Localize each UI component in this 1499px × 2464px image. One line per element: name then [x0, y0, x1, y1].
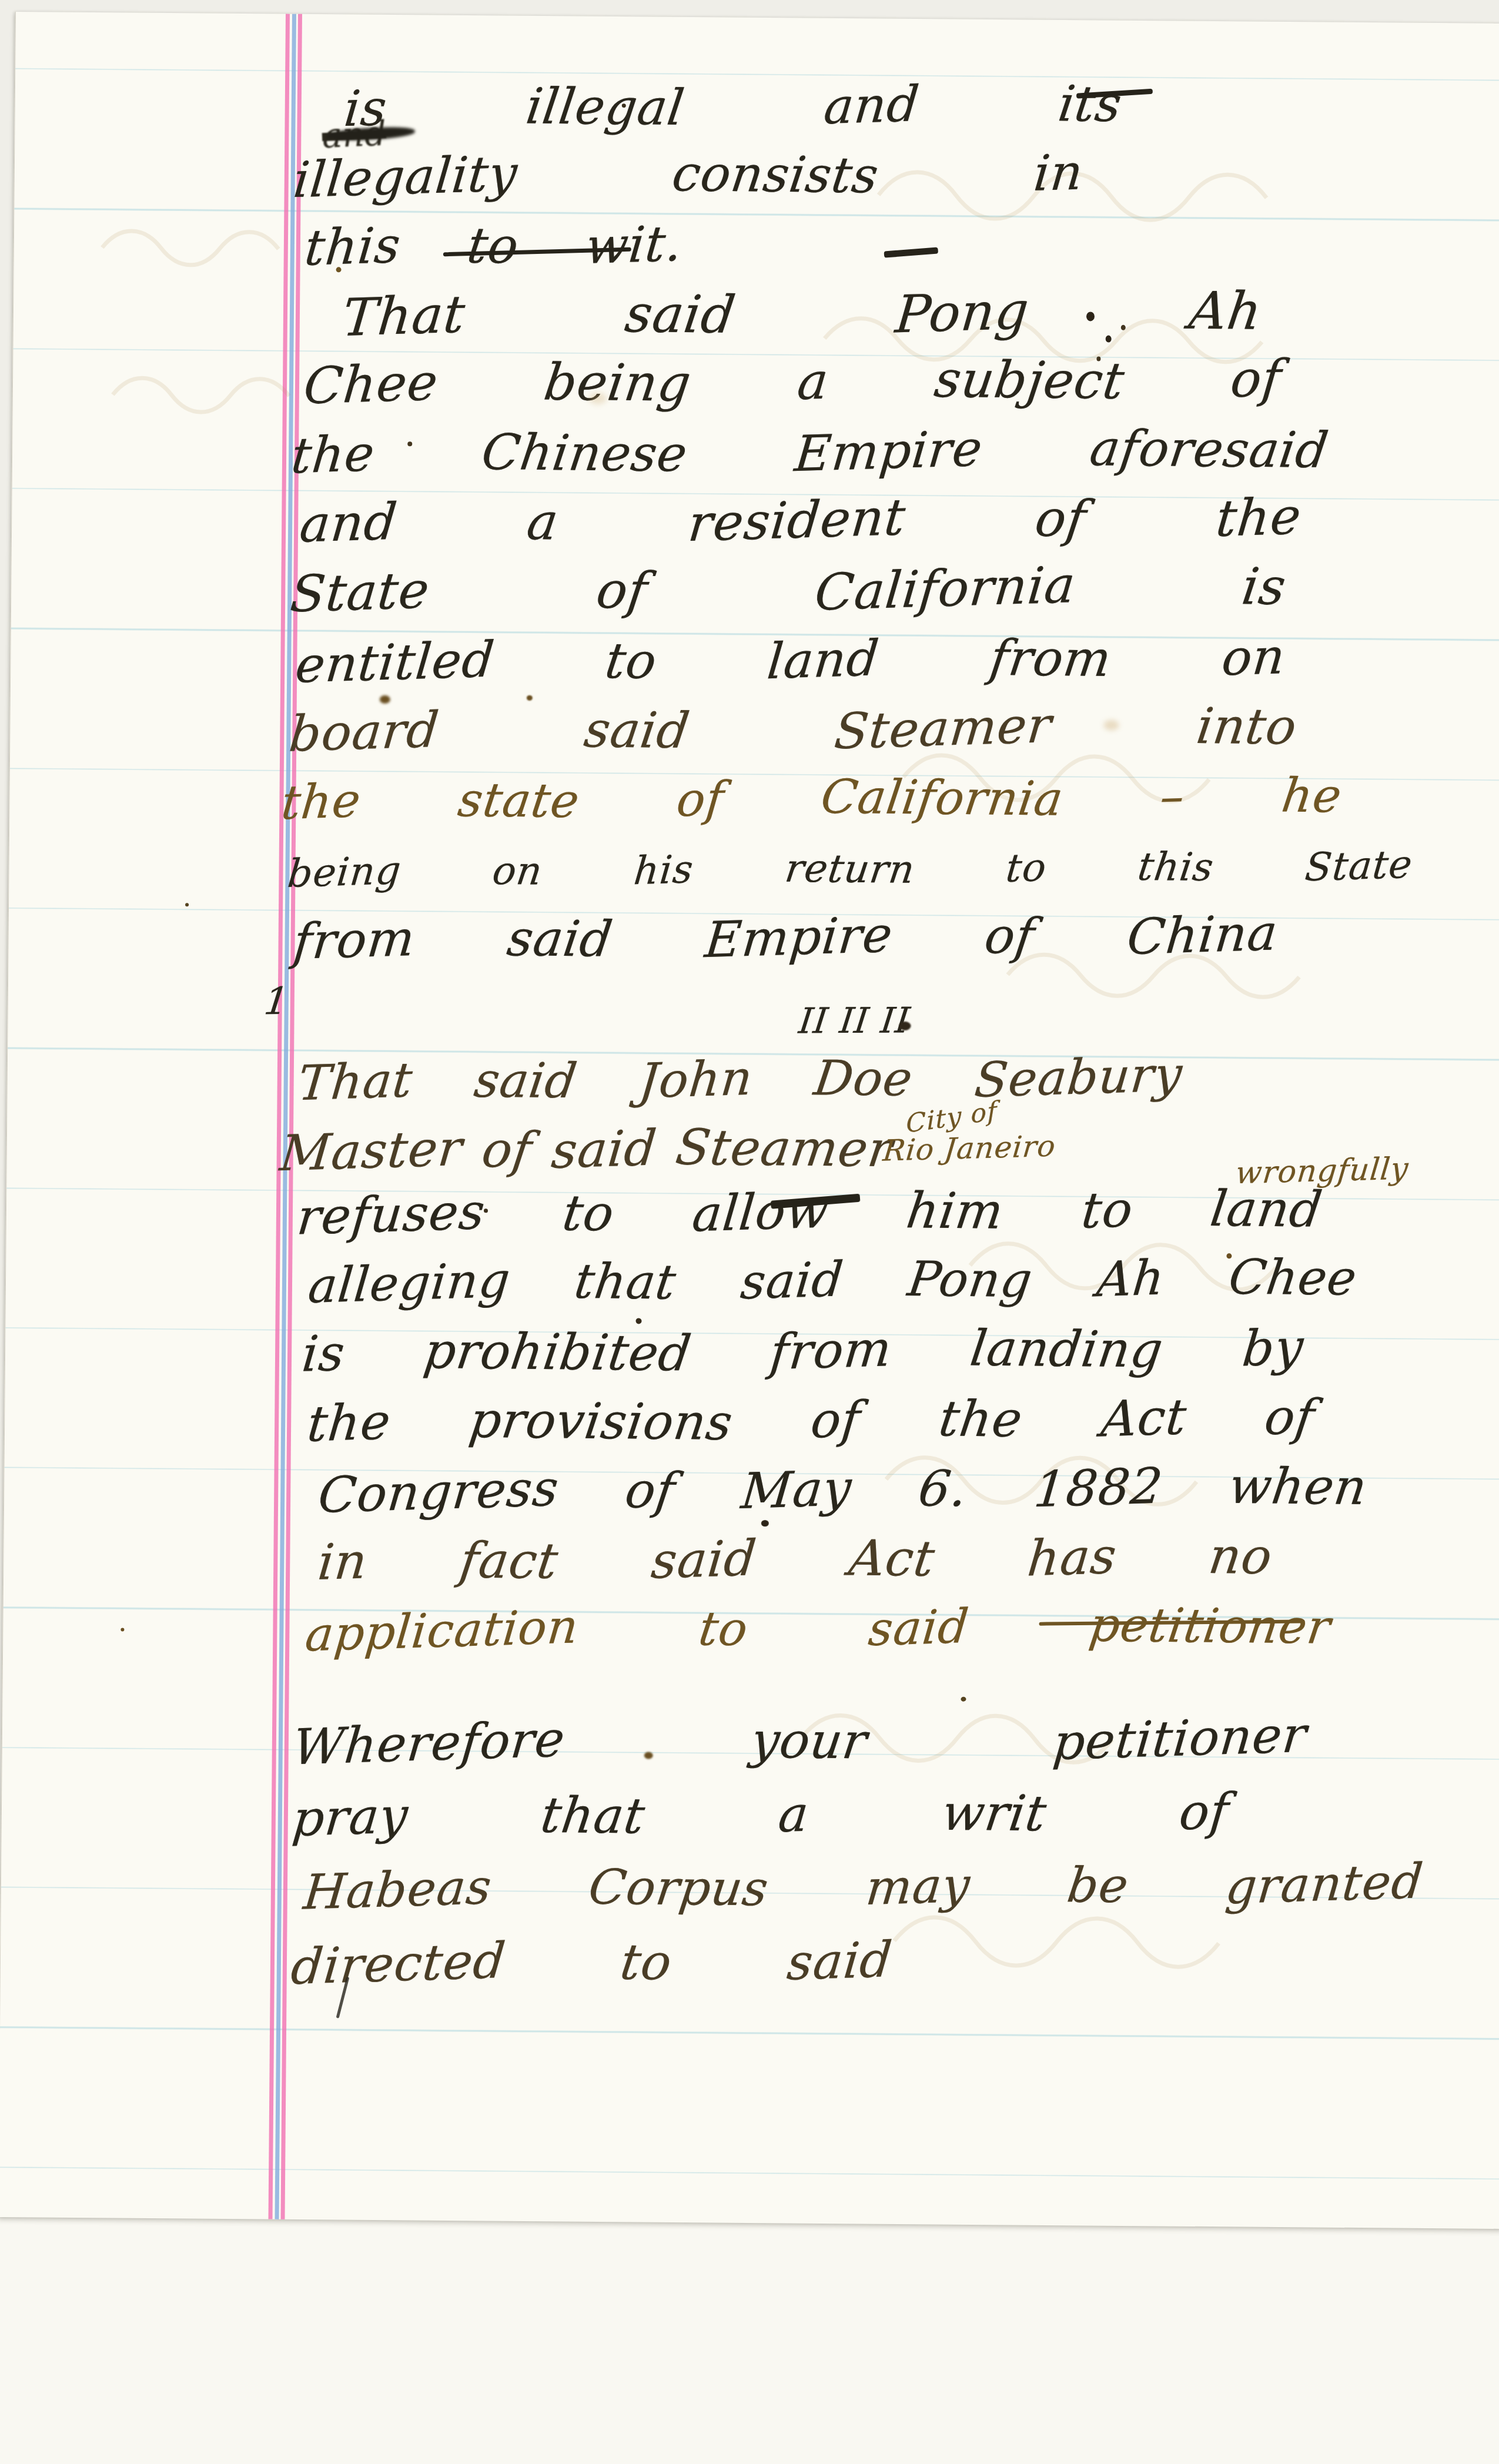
- handwriting-line: directedtosaid: [289, 1932, 896, 1993]
- handwritten-word: being: [541, 353, 695, 413]
- handwritten-word: alleging: [306, 1253, 513, 1314]
- handwritten-word: no: [1206, 1527, 1276, 1585]
- handwritten-word: of: [593, 561, 651, 621]
- handwritten-word: is: [1239, 557, 1290, 617]
- handwritten-word: That: [340, 284, 469, 348]
- handwritten-word: to: [1004, 845, 1049, 891]
- handwritten-word: Wherefore: [290, 1710, 568, 1776]
- handwritten-word: the: [936, 1390, 1026, 1448]
- handwritten-word: said: [504, 909, 616, 968]
- handwritten-word: he: [1279, 768, 1345, 823]
- underlying-page: [0, 2214, 1499, 2464]
- handwritten-word: to: [1079, 1180, 1136, 1239]
- handwritten-word: Steamer: [832, 696, 1054, 760]
- handwritten-word: Chinese: [479, 423, 691, 483]
- handwritten-word: Pong: [905, 1251, 1036, 1308]
- handwriting-line: beingonhisreturntothisState: [285, 843, 1415, 895]
- handwritten-word: May: [739, 1459, 854, 1520]
- handwritten-word: allow: [690, 1181, 831, 1243]
- handwritten-word: John: [637, 1050, 755, 1110]
- handwritten-word: resident: [686, 488, 908, 553]
- handwritten-word: land: [1207, 1180, 1326, 1238]
- handwritten-word: Chee: [302, 353, 441, 416]
- handwritten-word: 1882: [1031, 1457, 1165, 1519]
- handwriting-line: ThatsaidJohnDoeSeabury: [295, 1049, 1185, 1110]
- handwritten-word: California: [812, 555, 1078, 622]
- handwritten-word: has: [1025, 1527, 1119, 1587]
- handwritten-word: –: [1158, 769, 1187, 824]
- handwriting-line: Cheebeingasubjectof: [301, 350, 1285, 414]
- handwritten-word: is: [300, 1324, 347, 1383]
- handwritten-word: prohibited: [421, 1322, 695, 1382]
- handwritten-word: Doe: [811, 1050, 916, 1107]
- handwritten-word: said: [471, 1053, 580, 1110]
- handwritten-word: to: [560, 1184, 618, 1242]
- handwriting-line: theprovisionsoftheActof: [305, 1388, 1318, 1452]
- handwritten-word: Steamer: [673, 1119, 896, 1178]
- handwritten-word: said: [785, 1930, 895, 1991]
- handwritten-word: application: [303, 1599, 581, 1662]
- handwritten-word: said: [581, 701, 693, 759]
- handwritten-word: pray: [290, 1786, 410, 1847]
- handwriting-line: entitledtolandfromon: [293, 628, 1289, 692]
- handwritten-word: said: [866, 1599, 971, 1656]
- handwritten-word: Empire: [792, 420, 985, 483]
- handwritten-word: return: [782, 846, 918, 892]
- handwritten-word: petitioner: [1086, 1598, 1334, 1655]
- handwritten-word: petitioner: [1050, 1706, 1309, 1771]
- handwritten-word: 6.: [915, 1459, 971, 1518]
- handwritten-word: of: [479, 1121, 536, 1179]
- handwritten-word: on: [1220, 627, 1288, 687]
- handwritten-word: writ: [939, 1784, 1050, 1843]
- handwritten-word: Empire: [702, 906, 895, 969]
- handwriting-line: MasterofsaidSteamer: [277, 1119, 896, 1180]
- handwritten-word: may: [864, 1857, 972, 1916]
- handwritten-word: illegal: [523, 77, 688, 136]
- handwritten-word: provisions: [466, 1391, 736, 1451]
- handwriting-line: infactsaidActhasno: [315, 1527, 1276, 1591]
- handwritten-word: to: [602, 632, 660, 690]
- handwritten-word: of: [674, 771, 727, 827]
- handwriting-line: 1: [262, 980, 291, 1023]
- handwritten-word: Ah: [1095, 1250, 1167, 1308]
- handwritten-word: aforesaid: [1086, 419, 1331, 479]
- handwritten-word: Pong: [893, 280, 1032, 345]
- handwritten-word: Ah: [1186, 280, 1266, 342]
- handwritten-word: the: [289, 424, 377, 484]
- handwritten-word: when: [1226, 1457, 1371, 1516]
- handwriting-line: thistowit.: [302, 216, 685, 276]
- struck-out-word: and: [321, 111, 437, 147]
- handwriting-line: fromsaidEmpireofChina: [290, 906, 1280, 969]
- handwritten-word: in: [1032, 143, 1086, 202]
- handwritten-word: Seabury: [972, 1046, 1185, 1109]
- handwritten-word: China: [1125, 904, 1280, 966]
- handwriting-line: Rio Janeiro: [882, 1129, 1058, 1168]
- handwritten-word: a: [524, 493, 563, 551]
- handwritten-word: the: [305, 1392, 393, 1452]
- handwritten-word: consists: [669, 145, 882, 204]
- handwriting-line: CongressofMay6.1882when: [316, 1457, 1370, 1521]
- handwritten-word: that: [571, 1254, 680, 1311]
- handwritten-word: said: [648, 1529, 759, 1590]
- handwriting-line: illegalityconsistsin: [290, 144, 1086, 206]
- handwritten-word: State: [288, 561, 432, 624]
- handwritten-word: granted: [1223, 1853, 1426, 1915]
- handwritten-word: Congress: [316, 1459, 562, 1524]
- handwritten-word: landing: [968, 1319, 1167, 1378]
- handwritten-word: be: [1064, 1857, 1132, 1914]
- handwriting-line: II II II: [797, 1000, 912, 1042]
- handwriting-line: isprohibitedfromlandingby: [299, 1319, 1307, 1382]
- handwriting-line: Whereforeyourpetitioner: [290, 1709, 1309, 1772]
- handwritten-word: from: [986, 629, 1115, 688]
- handwritten-word: of: [1032, 490, 1090, 549]
- handwritten-word: your: [748, 1712, 871, 1770]
- handwritten-word: that: [538, 1786, 649, 1845]
- handwritten-word: said: [549, 1119, 660, 1180]
- handwritten-word: into: [1193, 697, 1300, 756]
- handwriting-line: thestateofCalifornia–he: [279, 768, 1345, 829]
- scanned-document: isillegalanditsillegalityconsistsinthist…: [0, 0, 1499, 2464]
- handwritten-word: his: [632, 846, 695, 893]
- petition-page: isillegalanditsillegalityconsistsinthist…: [0, 12, 1499, 2229]
- handwritten-word: said: [622, 283, 740, 345]
- handwritten-word: of: [1229, 349, 1284, 409]
- handwriting-line: HabeasCorpusmaybegranted: [301, 1856, 1426, 1918]
- handwritten-word: from: [291, 909, 417, 970]
- handwriting-line: ThatsaidPongAh: [340, 280, 1266, 346]
- handwritten-word: of: [982, 907, 1039, 965]
- handwritten-word: State: [1303, 842, 1415, 890]
- handwritten-word: by: [1240, 1318, 1306, 1377]
- handwriting-line: praythatawritof: [290, 1783, 1233, 1846]
- handwritten-word: Act: [1099, 1388, 1189, 1448]
- handwritten-word: in: [316, 1532, 370, 1591]
- handwriting-line: theChineseEmpireaforesaid: [289, 420, 1331, 484]
- handwritten-word: entitled: [293, 631, 497, 694]
- handwriting-line: refusestoallowhimtoland: [295, 1180, 1326, 1244]
- handwritten-word: land: [765, 630, 882, 691]
- handwriting-line: allegingthatsaidPongAhChee: [306, 1250, 1360, 1312]
- handwritten-word: of: [1262, 1388, 1319, 1446]
- handwritten-word: to: [617, 1933, 675, 1991]
- handwritten-word: the: [1214, 487, 1304, 548]
- handwritten-word: California: [818, 769, 1066, 826]
- handwriting-line: isillegalandits: [341, 75, 1125, 137]
- handwritten-word: its: [1055, 75, 1126, 133]
- handwritten-word: That: [296, 1052, 415, 1112]
- handwriting-line: StateofCaliforniais: [287, 557, 1290, 622]
- handwritten-word: from: [768, 1320, 894, 1381]
- handwritten-word: a: [776, 1785, 811, 1843]
- handwritten-word: Master: [277, 1119, 465, 1182]
- handwritten-word: of: [622, 1461, 679, 1519]
- handwritten-word: and: [297, 493, 400, 554]
- handwritten-word: refuses: [295, 1183, 487, 1246]
- handwritten-word: directed: [289, 1931, 508, 1996]
- handwritten-word: to: [464, 217, 522, 275]
- handwritten-word: this: [302, 216, 403, 277]
- handwritten-word: of: [1177, 1782, 1232, 1841]
- handwriting-line: boardsaidSteamerinto: [286, 697, 1300, 761]
- handwritten-word: Chee: [1226, 1250, 1360, 1307]
- handwritten-word: the: [279, 773, 363, 830]
- handwritten-word: Corpus: [585, 1860, 772, 1917]
- handwritten-word: him: [904, 1181, 1008, 1240]
- handwritten-word: being: [286, 848, 403, 896]
- handwritten-word: to: [695, 1601, 751, 1656]
- handwritten-word: a: [795, 352, 831, 411]
- struck-word-text: and: [321, 113, 387, 156]
- handwritten-word: said: [738, 1251, 846, 1310]
- handwritten-word: this: [1136, 844, 1217, 890]
- handwritten-word: of: [809, 1390, 864, 1449]
- handwriting-line: andaresidentofthe: [297, 488, 1305, 553]
- handwritten-word: fact: [457, 1531, 562, 1589]
- handwritten-word: Act: [846, 1529, 938, 1588]
- handwritten-word: state: [455, 772, 583, 828]
- handwriting-line: applicationtosaidpetitioner: [303, 1598, 1334, 1659]
- handwritten-word: and: [822, 75, 922, 136]
- handwritten-word: wit.: [583, 215, 685, 275]
- handwritten-word: board: [287, 701, 441, 763]
- handwritten-word: Habeas: [301, 1859, 494, 1921]
- handwritten-word: on: [490, 848, 545, 894]
